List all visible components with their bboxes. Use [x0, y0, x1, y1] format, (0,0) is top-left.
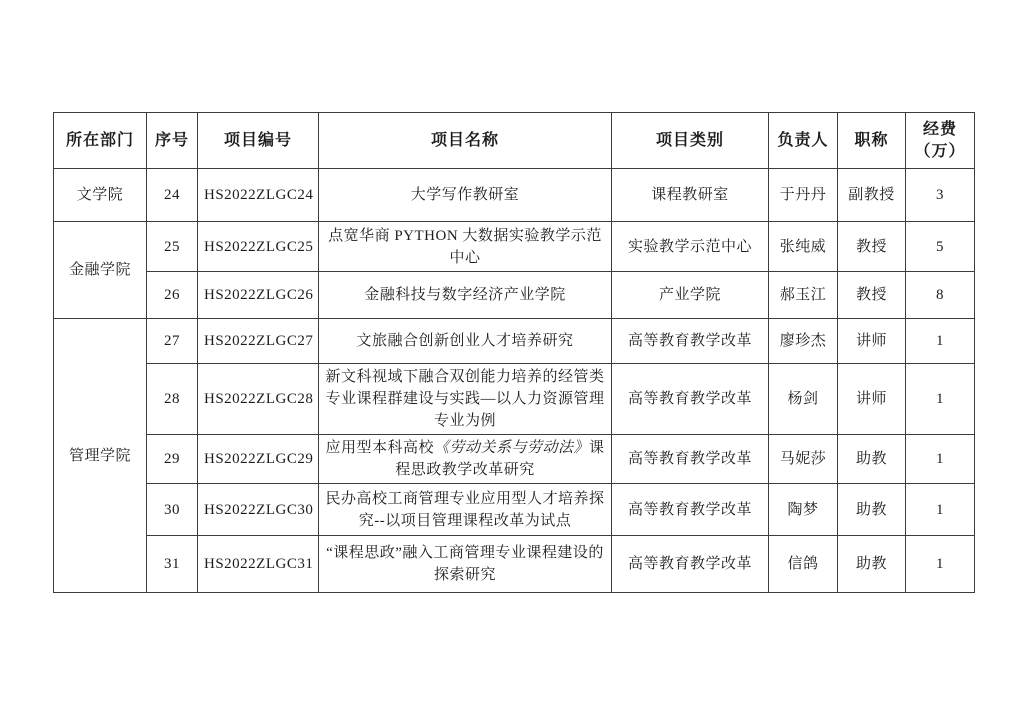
- table-row: 管理学院 27 HS2022ZLGC27 文旅融合创新创业人才培养研究 高等教育…: [54, 319, 975, 364]
- cell-leader: 张纯威: [769, 222, 838, 272]
- cell-fund: 3: [906, 169, 975, 222]
- cell-code: HS2022ZLGC27: [198, 319, 319, 364]
- project-name-part-italic: 《劳动关系与劳动法》: [434, 440, 589, 456]
- cell-category: 实验教学示范中心: [612, 222, 769, 272]
- cell-department: 管理学院: [54, 319, 147, 593]
- cell-fund: 1: [906, 319, 975, 364]
- cell-code: HS2022ZLGC30: [198, 484, 319, 536]
- cell-category: 课程教研室: [612, 169, 769, 222]
- cell-title: 讲师: [838, 319, 906, 364]
- table-row: 29 HS2022ZLGC29 应用型本科高校《劳动关系与劳动法》课程思政教学改…: [54, 435, 975, 484]
- header-title: 职称: [838, 113, 906, 169]
- header-name: 项目名称: [319, 113, 612, 169]
- cell-category: 高等教育教学改革: [612, 364, 769, 435]
- cell-fund: 8: [906, 272, 975, 319]
- table-row: 30 HS2022ZLGC30 民办高校工商管理专业应用型人才培养探究--以项目…: [54, 484, 975, 536]
- table-row: 28 HS2022ZLGC28 新文科视域下融合双创能力培养的经管类专业课程群建…: [54, 364, 975, 435]
- cell-code: HS2022ZLGC24: [198, 169, 319, 222]
- cell-project-name: 文旅融合创新创业人才培养研究: [319, 319, 612, 364]
- cell-title: 助教: [838, 435, 906, 484]
- cell-leader: 廖珍杰: [769, 319, 838, 364]
- header-category: 项目类别: [612, 113, 769, 169]
- header-code: 项目编号: [198, 113, 319, 169]
- cell-no: 26: [147, 272, 198, 319]
- cell-category: 产业学院: [612, 272, 769, 319]
- cell-project-name: 应用型本科高校《劳动关系与劳动法》课程思政教学改革研究: [319, 435, 612, 484]
- cell-project-name: 新文科视域下融合双创能力培养的经管类专业课程群建设与实践—以人力资源管理专业为例: [319, 364, 612, 435]
- cell-no: 25: [147, 222, 198, 272]
- cell-no: 30: [147, 484, 198, 536]
- cell-fund: 1: [906, 435, 975, 484]
- cell-title: 教授: [838, 222, 906, 272]
- cell-leader: 于丹丹: [769, 169, 838, 222]
- cell-code: HS2022ZLGC29: [198, 435, 319, 484]
- project-name-part: 应用型本科高校: [325, 440, 434, 456]
- cell-department: 金融学院: [54, 222, 147, 319]
- header-no: 序号: [147, 113, 198, 169]
- cell-leader: 郝玉江: [769, 272, 838, 319]
- cell-project-name: “课程思政”融入工商管理专业课程建设的探索研究: [319, 536, 612, 593]
- document-page: 所在部门 序号 项目编号 项目名称 项目类别 负责人 职称 经费 （万） 文学院…: [0, 0, 1024, 724]
- cell-no: 28: [147, 364, 198, 435]
- cell-leader: 陶梦: [769, 484, 838, 536]
- cell-code: HS2022ZLGC26: [198, 272, 319, 319]
- cell-title: 教授: [838, 272, 906, 319]
- cell-leader: 信鸽: [769, 536, 838, 593]
- table-row: 文学院 24 HS2022ZLGC24 大学写作教研室 课程教研室 于丹丹 副教…: [54, 169, 975, 222]
- cell-code: HS2022ZLGC25: [198, 222, 319, 272]
- cell-fund: 1: [906, 484, 975, 536]
- cell-title: 副教授: [838, 169, 906, 222]
- cell-project-name: 大学写作教研室: [319, 169, 612, 222]
- cell-code: HS2022ZLGC28: [198, 364, 319, 435]
- projects-table: 所在部门 序号 项目编号 项目名称 项目类别 负责人 职称 经费 （万） 文学院…: [53, 112, 975, 593]
- header-fund: 经费 （万）: [906, 113, 975, 169]
- cell-project-name: 民办高校工商管理专业应用型人才培养探究--以项目管理课程改革为试点: [319, 484, 612, 536]
- cell-category: 高等教育教学改革: [612, 536, 769, 593]
- cell-code: HS2022ZLGC31: [198, 536, 319, 593]
- table-row: 26 HS2022ZLGC26 金融科技与数字经济产业学院 产业学院 郝玉江 教…: [54, 272, 975, 319]
- cell-category: 高等教育教学改革: [612, 484, 769, 536]
- cell-department: 文学院: [54, 169, 147, 222]
- cell-title: 讲师: [838, 364, 906, 435]
- cell-fund: 1: [906, 536, 975, 593]
- cell-project-name: 金融科技与数字经济产业学院: [319, 272, 612, 319]
- header-leader: 负责人: [769, 113, 838, 169]
- table-row: 金融学院 25 HS2022ZLGC25 点宽华商 PYTHON 大数据实验教学…: [54, 222, 975, 272]
- table-header-row: 所在部门 序号 项目编号 项目名称 项目类别 负责人 职称 经费 （万）: [54, 113, 975, 169]
- cell-leader: 杨剑: [769, 364, 838, 435]
- table-row: 31 HS2022ZLGC31 “课程思政”融入工商管理专业课程建设的探索研究 …: [54, 536, 975, 593]
- cell-no: 24: [147, 169, 198, 222]
- cell-no: 27: [147, 319, 198, 364]
- cell-category: 高等教育教学改革: [612, 319, 769, 364]
- header-department: 所在部门: [54, 113, 147, 169]
- cell-no: 29: [147, 435, 198, 484]
- cell-project-name: 点宽华商 PYTHON 大数据实验教学示范中心: [319, 222, 612, 272]
- cell-title: 助教: [838, 536, 906, 593]
- cell-fund: 5: [906, 222, 975, 272]
- cell-category: 高等教育教学改革: [612, 435, 769, 484]
- cell-fund: 1: [906, 364, 975, 435]
- cell-title: 助教: [838, 484, 906, 536]
- cell-leader: 马妮莎: [769, 435, 838, 484]
- cell-no: 31: [147, 536, 198, 593]
